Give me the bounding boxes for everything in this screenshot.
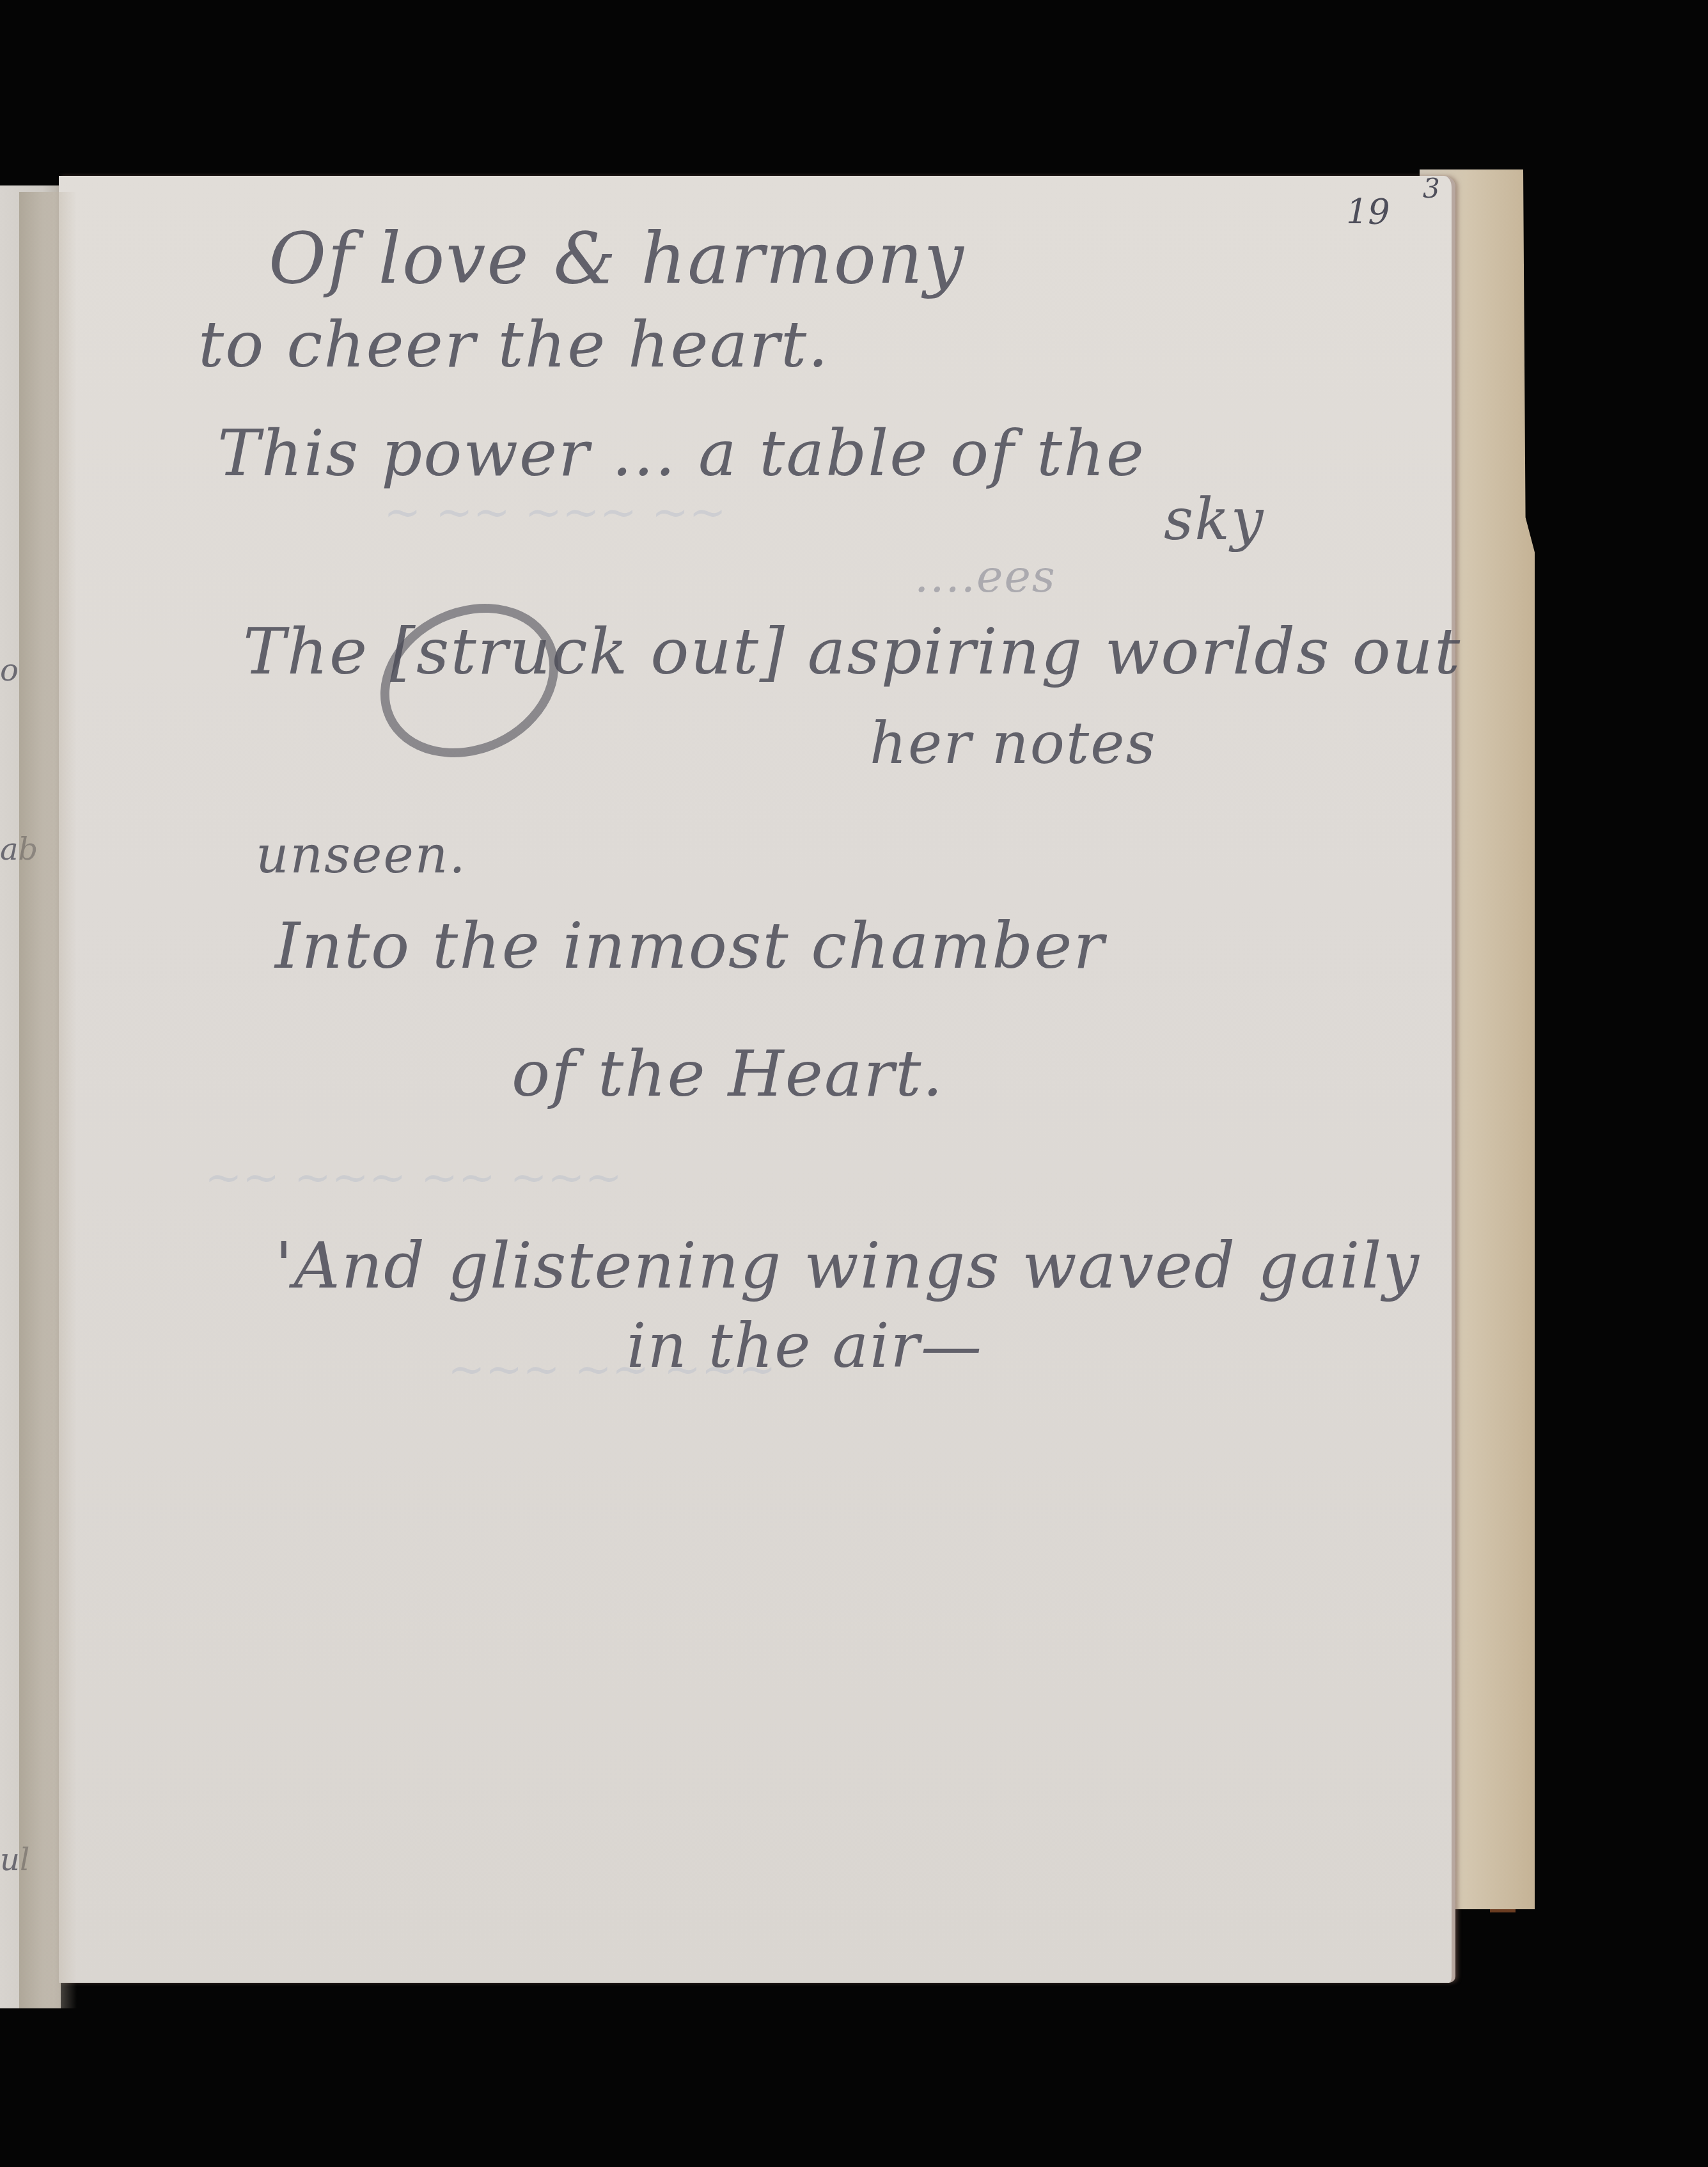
page-gutter-shadow (19, 192, 77, 2008)
handwritten-line: ....ees (914, 550, 1056, 603)
handwritten-line: sky (1164, 486, 1265, 553)
handwritten-line: unseen. (256, 825, 467, 885)
handwritten-line: in the air— (627, 1311, 983, 1382)
handwritten-line: Into the inmost chamber (275, 908, 1105, 983)
handwritten-line: The [struck out] aspiring worlds out (243, 614, 1461, 689)
tab-mark: 3 (1423, 173, 1440, 204)
page-number: 19 (1346, 192, 1390, 232)
show-through-text: ~ ~~ ~~~ ~~ (384, 486, 726, 539)
handwritten-line: of the Heart. (512, 1036, 944, 1111)
handwritten-line: This power ... a table of the (217, 416, 1145, 491)
handwritten-line: her notes (870, 710, 1157, 777)
handwritten-line: to cheer the heart. (198, 307, 829, 382)
handwritten-line: Of love & harmony (269, 217, 965, 299)
handwritten-line: 'And glistening wings waved gaily (275, 1228, 1420, 1303)
show-through-text: ~~ ~~~ ~~ ~~~ (205, 1151, 622, 1204)
